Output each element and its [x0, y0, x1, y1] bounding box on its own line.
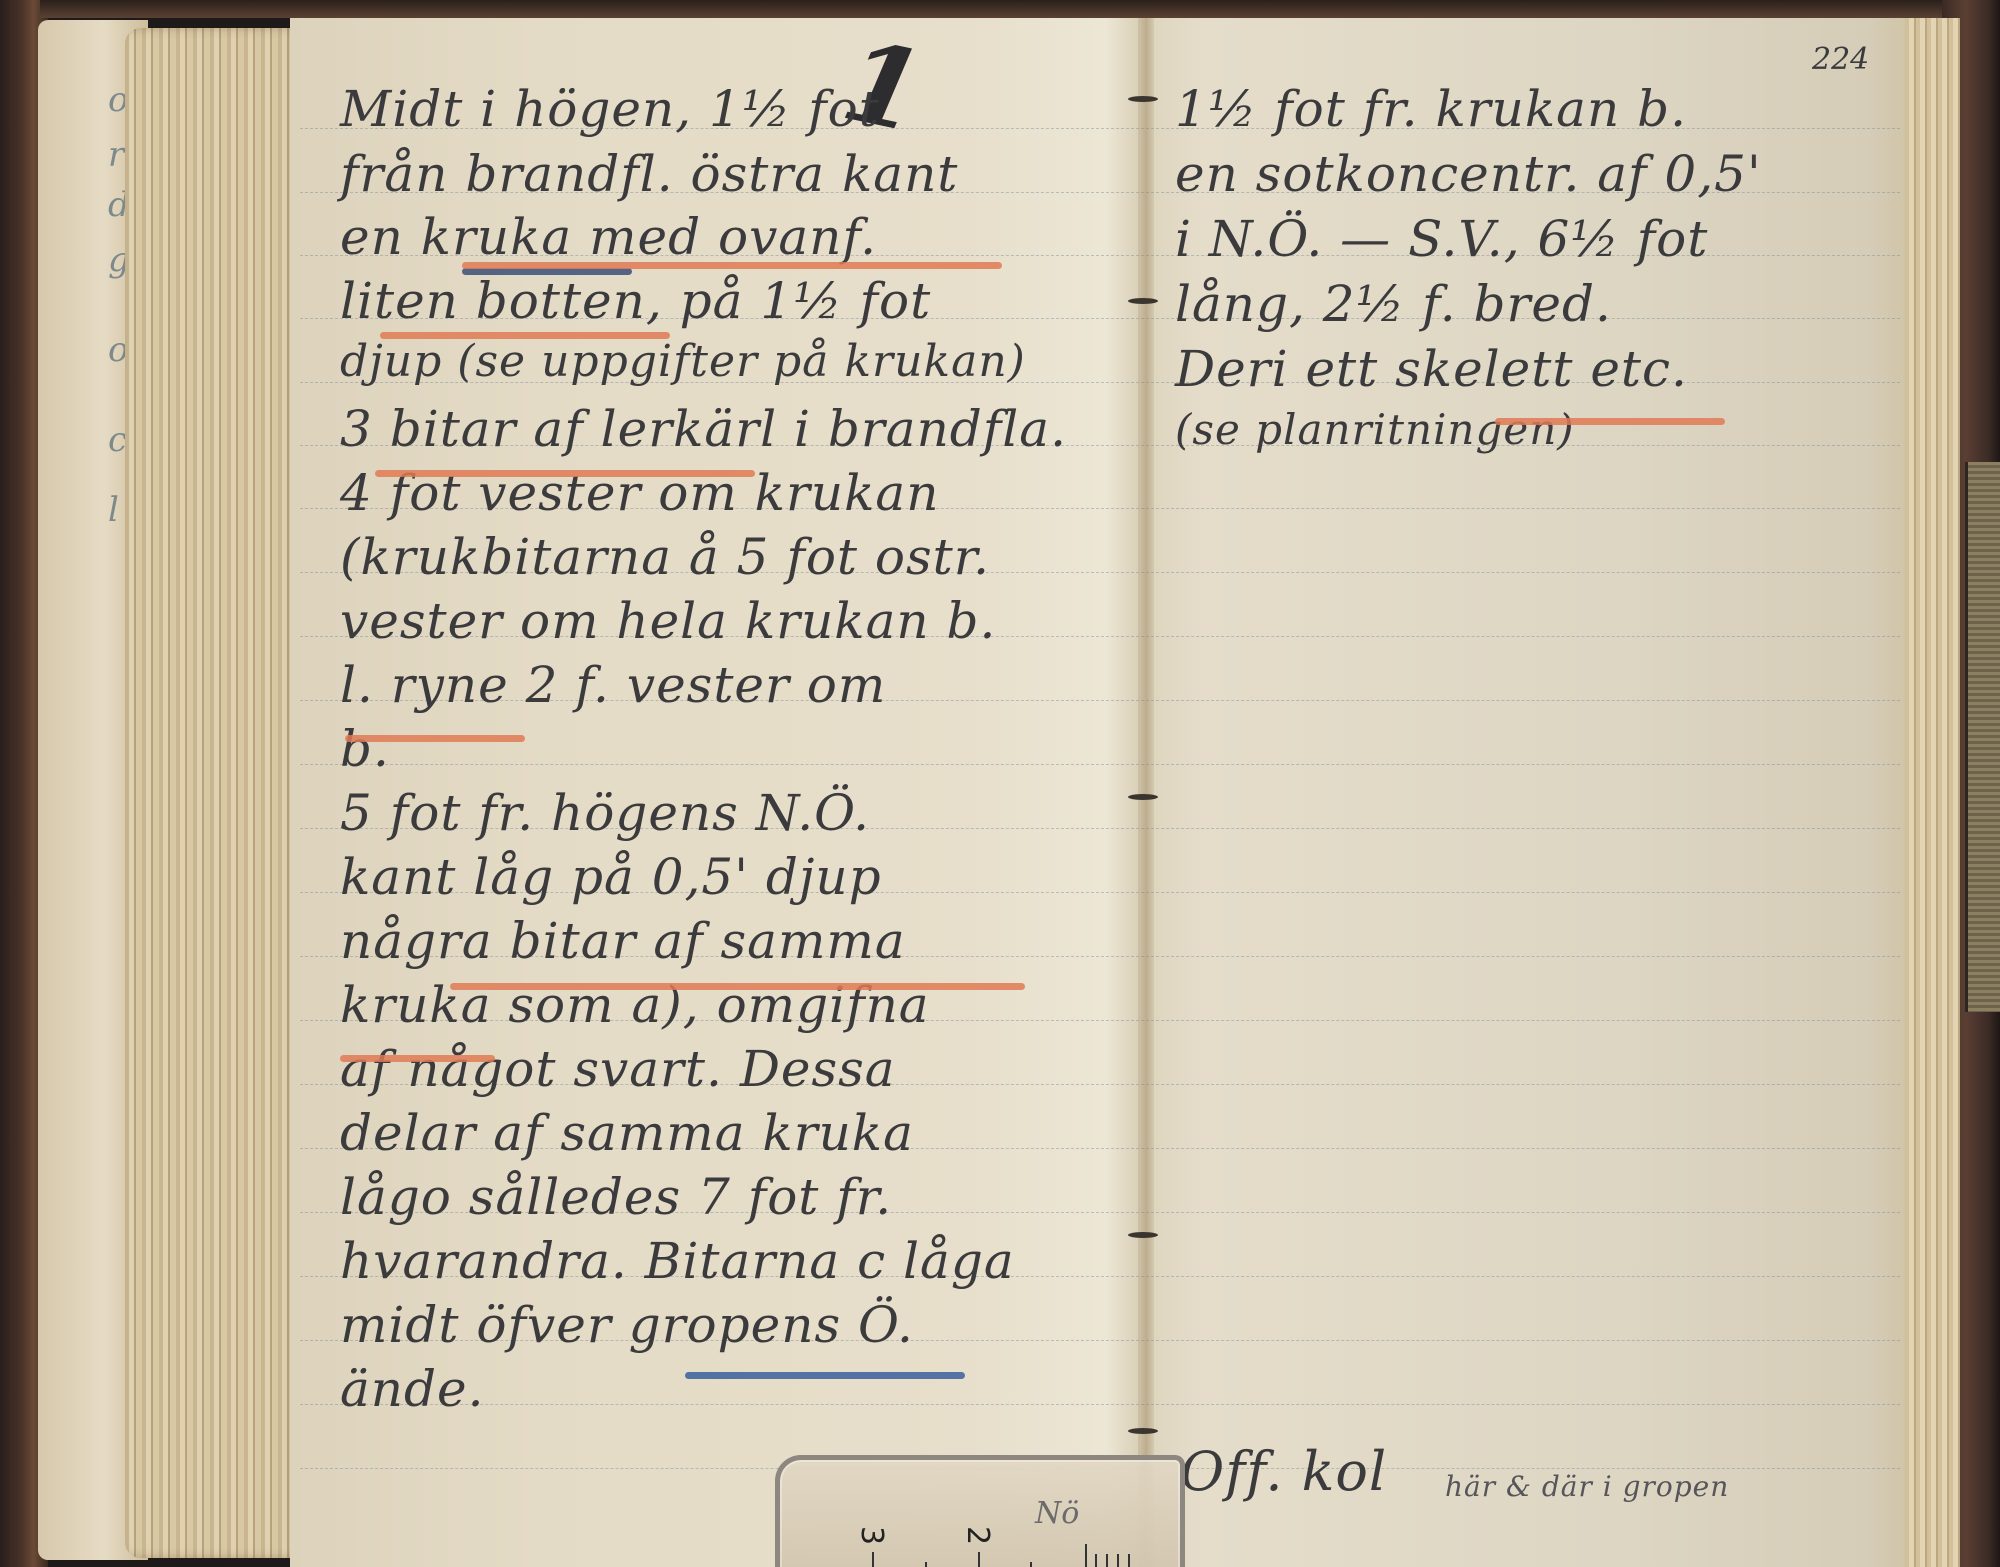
handwritten-line: delar af samma kruka	[340, 1104, 914, 1162]
handwritten-line: några bitar af samma	[340, 912, 906, 970]
handwritten-line: vester om hela krukan b.	[340, 592, 996, 650]
red-underline	[450, 983, 1025, 990]
ruler-label: 3	[854, 1526, 889, 1545]
red-underline	[375, 470, 755, 477]
handwritten-line: kant låg på 0,5' djup	[340, 848, 882, 906]
handwritten-line: djup (se uppgifter på krukan)	[340, 336, 1026, 387]
binding-stitch	[1128, 1232, 1158, 1238]
handwritten-line: i N.Ö. — S.V., 6½ fot	[1175, 210, 1708, 268]
handwritten-line: af något svart. Dessa	[340, 1040, 896, 1098]
page-number: 224	[1812, 42, 1869, 77]
blue-underline	[462, 268, 632, 275]
book-cover-top-edge	[40, 0, 1960, 18]
handwritten-line: liten botten, på 1½ fot	[340, 272, 931, 330]
bottom-note-small: här & där i gropen	[1445, 1470, 1729, 1503]
handwritten-line: l. ryne 2 f. vester om	[340, 656, 886, 714]
page-stack-edges	[125, 28, 300, 1558]
red-underline	[1495, 418, 1725, 425]
ruler-label: 2	[960, 1526, 995, 1545]
red-underline	[380, 332, 670, 339]
previous-page-fragment: l	[108, 490, 119, 530]
binding-stitch	[1128, 794, 1158, 800]
handwritten-line: 1½ fot fr. krukan b.	[1175, 80, 1687, 138]
handwritten-line: en kruka med ovanf.	[340, 208, 877, 266]
binding-stitch	[1128, 96, 1158, 102]
handwritten-line: en sotkoncentr. af 0,5'	[1175, 145, 1762, 203]
handwritten-line: ände.	[340, 1360, 485, 1418]
right-page-stack-edges	[1905, 18, 1960, 1567]
handwritten-line: Midt i högen, 1½ fot	[340, 80, 880, 138]
scale-ruler: 3 2 Nö	[775, 1455, 1185, 1567]
handwritten-line: (se planritningen)	[1175, 405, 1575, 454]
handwritten-line: 3 bitar af lerkärl i brandfla.	[340, 400, 1067, 458]
handwritten-line: lågo sålledes 7 fot fr.	[340, 1168, 892, 1226]
red-underline	[345, 735, 525, 742]
red-underline	[340, 1055, 495, 1062]
fabric-tie-band	[1965, 462, 2000, 1012]
handwritten-line: (krukbitarna å 5 fot ostr.	[340, 528, 990, 586]
handwritten-line: b.	[340, 720, 390, 778]
handwritten-line: från brandfl. östra kant	[340, 145, 958, 203]
red-underline	[462, 262, 1002, 269]
binding-stitch	[1128, 298, 1158, 304]
ruler-pencil-note: Nö	[1035, 1496, 1079, 1531]
handwritten-line: Deri ett skelett etc.	[1175, 340, 1688, 398]
binding-stitch	[1128, 1428, 1158, 1434]
handwritten-line: midt öfver gropens Ö.	[340, 1296, 914, 1354]
bottom-note: Off. kol	[1180, 1440, 1387, 1503]
blue-underline	[685, 1372, 965, 1379]
gutter	[1138, 18, 1154, 1567]
handwritten-line: 5 fot fr. högens N.Ö.	[340, 784, 870, 842]
previous-page-fragment: r	[108, 135, 124, 175]
handwritten-line: lång, 2½ f. bred.	[1175, 275, 1612, 333]
handwritten-line: hvarandra. Bitarna c låga	[340, 1232, 1015, 1290]
